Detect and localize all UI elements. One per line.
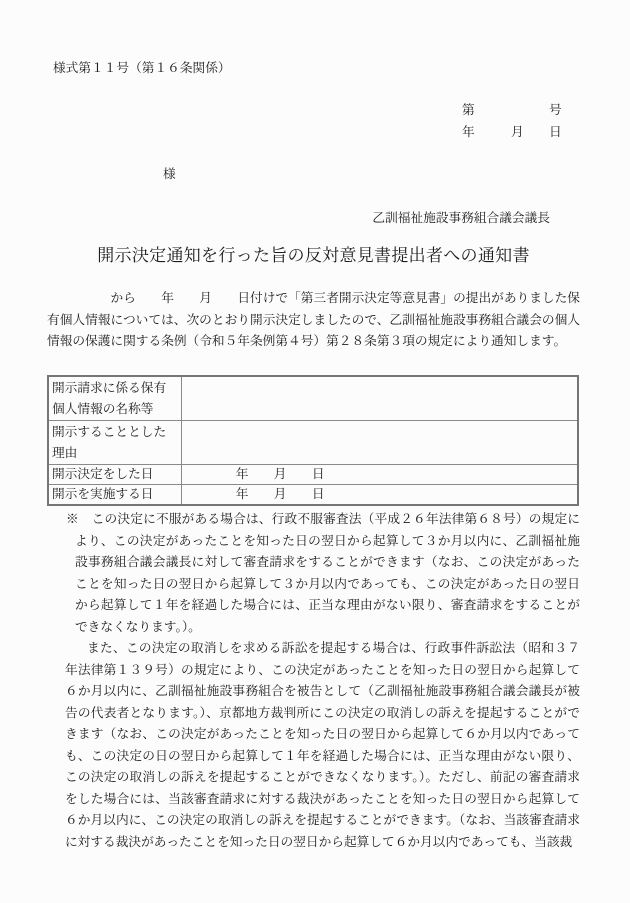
row-value-implementation-date: 年 月 日 — [182, 485, 579, 506]
disclosure-table: 開示請求に係る保有 個人情報の名称等 開示することとした 理由 開示決定をした日… — [47, 375, 579, 506]
date-day-label: 日 — [549, 122, 562, 144]
table-row: 開示決定をした日 年 月 日 — [48, 465, 578, 485]
row-label-decision-date: 開示決定をした日 — [48, 465, 182, 485]
doc-number-suffix: 号 — [549, 100, 562, 122]
row-value-information-name — [182, 376, 579, 421]
document-title: 開示決定通知を行った旨の反対意見書提出者への通知書 — [47, 245, 580, 267]
row-value-decision-date: 年 月 日 — [182, 465, 579, 485]
sender-name: 乙訓福祉施設事務組合議会議長 — [372, 208, 550, 230]
form-number: 様式第１１号（第１６条関係） — [53, 58, 231, 80]
date-month-label: 月 — [511, 122, 524, 144]
row-label-information-name: 開示請求に係る保有 個人情報の名称等 — [48, 376, 182, 421]
table-row: 開示請求に係る保有 個人情報の名称等 — [48, 376, 578, 421]
body-paragraph: から 年 月 日付けで「第三者開示決定等意見書」の提出がありました保有個人情報に… — [47, 288, 580, 353]
table-row: 開示を実施する日 年 月 日 — [48, 485, 578, 506]
row-value-disclosure-reason — [182, 421, 579, 465]
doc-number-prefix: 第 — [462, 100, 475, 122]
addressee-suffix: 様 — [163, 164, 176, 186]
note-lawsuit: また、この決定の取消しを求める訴訟を提起する場合は、行政事件訴訟法（昭和３７年法… — [65, 638, 580, 853]
note-administrative-appeal: ※ この決定に不服がある場合は、行政不服審査法（平成２６年法律第６８号）の規定に… — [47, 509, 580, 638]
table-row: 開示することとした 理由 — [48, 421, 578, 465]
appeal-notes: ※ この決定に不服がある場合は、行政不服審査法（平成２６年法律第６８号）の規定に… — [47, 509, 580, 853]
date-year-label: 年 — [462, 122, 475, 144]
row-label-disclosure-reason: 開示することとした 理由 — [48, 421, 182, 465]
document-page: 様式第１１号（第１６条関係） 第 号 年 月 日 様 乙訓福祉施設事務組合議会議… — [0, 0, 630, 903]
row-label-implementation-date: 開示を実施する日 — [48, 485, 182, 506]
